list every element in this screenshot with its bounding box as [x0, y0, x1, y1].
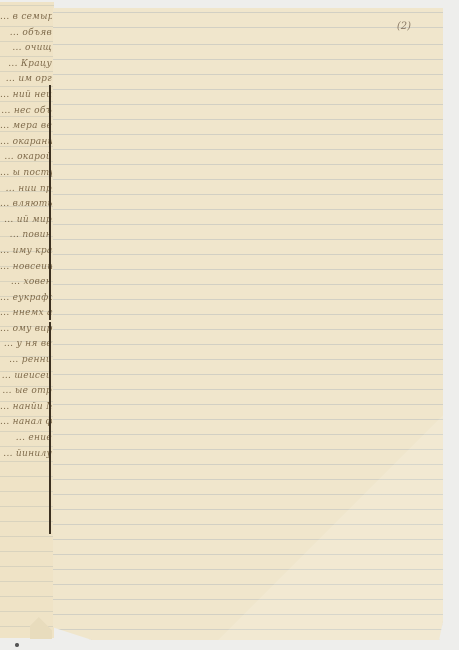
- manuscript-line: ... повин: [0, 228, 52, 244]
- binding-line-upper: [49, 85, 51, 320]
- manuscript-line: ... новсеии: [0, 260, 52, 276]
- manuscript-line: ... ому вир: [0, 322, 52, 338]
- manuscript-line: ... вляють: [0, 197, 52, 213]
- manuscript-line: ... ннемх а: [0, 306, 52, 322]
- manuscript-line: ... нес объ: [0, 104, 52, 120]
- manuscript-line: ... ение: [0, 431, 52, 447]
- manuscript-line: ... нанал ф: [0, 415, 52, 431]
- manuscript-line: ... объяв: [0, 26, 52, 42]
- page-number: (2): [397, 21, 411, 32]
- right-page: (2): [53, 8, 443, 640]
- clip-mark: [15, 643, 19, 647]
- manuscript-line: ... ренни: [0, 353, 52, 369]
- manuscript-line: ... Крацу: [0, 57, 52, 73]
- manuscript-line: ... у ня ве: [0, 337, 52, 353]
- manuscript-line: ... им орг: [0, 72, 52, 88]
- manuscript-line: ... ий мир: [0, 213, 52, 229]
- manuscript-line: ... нанйи М: [0, 400, 52, 416]
- manuscript-line: ... в семыр: [0, 10, 52, 26]
- manuscript-line: ... ы посту: [0, 166, 52, 182]
- manuscript-line: ... еукрафо: [0, 291, 52, 307]
- manuscript-line: ... окарой: [0, 150, 52, 166]
- manuscript-line: ... шеисеи: [0, 369, 52, 385]
- manuscript-line: ... ые отр: [0, 384, 52, 400]
- manuscript-line: ... йинилу: [0, 447, 52, 463]
- manuscript-line: ... окарани: [0, 135, 52, 151]
- left-page-text: ... в семыр ... объяв ... очищ ... Крацу…: [0, 10, 52, 462]
- manuscript-line: ... ховен: [0, 275, 52, 291]
- manuscript-line: ... иму кра: [0, 244, 52, 260]
- manuscript-line: ... очищ: [0, 41, 52, 57]
- left-page: ... в семыр ... объяв ... очищ ... Крацу…: [0, 2, 54, 638]
- manuscript-line: ... мера вез: [0, 119, 52, 135]
- manuscript-line: ... нии пр: [0, 182, 52, 198]
- manuscript-line: ... ний неи: [0, 88, 52, 104]
- binding-line-lower: [49, 322, 51, 534]
